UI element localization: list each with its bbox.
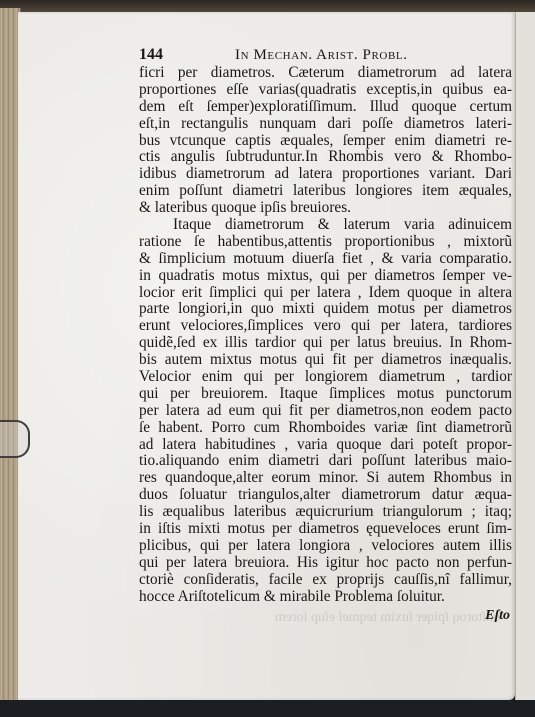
text-line: idibus diametrorum ad latera proportione… — [139, 166, 512, 183]
text-line: quidẽ,ſed ex illis tardior qui per latus… — [139, 335, 512, 352]
text-line: qui per breuiorem. Itaque ſimplices motu… — [139, 386, 512, 403]
text-line: & lateribus quoque ipſis breuiores. — [139, 200, 512, 217]
text-line: hocce Ariſtotelicum & mirabile Problema … — [139, 589, 512, 606]
catchword: Eſto — [139, 608, 512, 626]
text-line: lis æqualibus lateribus æquicrurium tria… — [139, 504, 512, 521]
page-number: 144 — [139, 47, 235, 64]
text-line: ctis angulis ſubtruduntur.In Rhombis ver… — [139, 149, 512, 166]
text-line: per latera ad eum qui fit per diametros,… — [139, 403, 512, 420]
text-line: eſt,in rectangulis nunquam dari poſſe di… — [139, 116, 512, 133]
page-text-block: 144 In Mechan. Arist. Probl. ficri per d… — [139, 47, 512, 626]
facing-page-edge — [515, 12, 535, 700]
text-line: Velocior enim qui per longiorem diametru… — [139, 369, 512, 386]
scan-background — [0, 700, 535, 717]
text-line: ſe habent. Porro cum Rhomboides variæ ſi… — [139, 420, 512, 437]
running-head: In Mechan. Arist. Probl. — [235, 47, 408, 64]
paper-clip-icon — [0, 420, 30, 458]
text-line: plicibus, qui per latera longiora , velo… — [139, 538, 512, 555]
paragraph-start-line: Itaque diametrorum & laterum varia adinu… — [139, 217, 512, 234]
page-header: 144 In Mechan. Arist. Probl. — [139, 47, 512, 65]
text-line: duos ſoluatur triangulos,alter diametror… — [139, 487, 512, 504]
text-line: qui per latera breuiora. His igitur hoc … — [139, 555, 512, 572]
text-line: & ſimplicium motuum diuerſa fiet , & var… — [139, 251, 512, 268]
text-line: in iſtis mixti motus per diametros ęquev… — [139, 521, 512, 538]
text-line: locior erit ſimplici qui per latera , Id… — [139, 285, 512, 302]
text-line: proportiones eſſe varias(quadratis excep… — [139, 82, 512, 99]
text-line: ficri per diametros. Cæterum diametrorum… — [139, 65, 512, 82]
text-line: erunt velociores,ſimplices vero qui per … — [139, 318, 512, 335]
text-line: res quandoque,alter eorum minor. Si aute… — [139, 470, 512, 487]
text-line: ad latera habitudines , varia quoque dar… — [139, 437, 512, 454]
text-line: parte longiori,in quo mixti quidem motus… — [139, 301, 512, 318]
text-line: ratione ſe habentibus,attentis proportio… — [139, 234, 512, 251]
text-line: enim poſſunt diametri lateribus longiore… — [139, 183, 512, 200]
text-line: bus vtcunque captis æquales, ſemper enim… — [139, 133, 512, 150]
text-line: tio.aliquando enim diametri dari poſſunt… — [139, 453, 512, 470]
text-line: dem eſt ſemper)exploratiſſimum. Illud qu… — [139, 99, 512, 116]
text-line: in quadratis motus mixtus, qui per diame… — [139, 268, 512, 285]
text-line: ctoriè conſideratis, facile ex proprijs … — [139, 572, 512, 589]
text-line: bis autem mixtus motus qui fit per diame… — [139, 352, 512, 369]
